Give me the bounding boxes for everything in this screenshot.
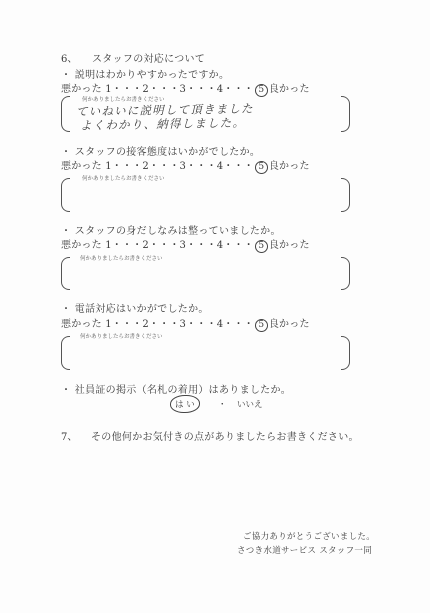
rating-selected-circle[interactable]: 5 bbox=[255, 240, 268, 253]
rating-low-label: 悪かった bbox=[61, 240, 102, 251]
rating-scale: 1・・・2・・・3・・・4・・・ bbox=[105, 319, 254, 330]
choice-no[interactable]: いいえ bbox=[237, 398, 263, 410]
question-id-badge: ・ 社員証の掲示（名札の着用）はありましたか。 bbox=[61, 381, 291, 396]
rating-selected-circle[interactable]: 5 bbox=[255, 161, 268, 174]
rating-low-label: 悪かった bbox=[61, 84, 102, 95]
rating-row-phone-response: 悪かった 1・・・2・・・3・・・4・・・5良かった bbox=[61, 315, 310, 332]
rating-high-label: 良かった bbox=[269, 240, 310, 251]
rating-low-label: 悪かった bbox=[61, 319, 102, 330]
handwritten-comment-line-2[interactable]: よくわかり、納得しました。 bbox=[80, 115, 245, 134]
thanks-message: ご協力ありがとうございました。 bbox=[243, 530, 375, 542]
comment-bracket-left bbox=[61, 96, 70, 132]
question-appearance: ・ スタッフの身だしなみは整っていましたか。 bbox=[61, 222, 281, 237]
section-6-title: スタッフの対応について bbox=[92, 50, 205, 65]
rating-row-customer-service: 悪かった 1・・・2・・・3・・・4・・・5良かった bbox=[61, 157, 310, 174]
comment-bracket-left bbox=[61, 257, 70, 290]
comment-hint: 何かありましたらお書きください bbox=[80, 332, 163, 340]
rating-row-appearance: 悪かった 1・・・2・・・3・・・4・・・5良かった bbox=[61, 236, 310, 253]
rating-high-label: 良かった bbox=[269, 84, 310, 95]
rating-scale: 1・・・2・・・3・・・4・・・ bbox=[105, 84, 254, 95]
rating-high-label: 良かった bbox=[269, 319, 310, 330]
rating-selected-circle[interactable]: 5 bbox=[255, 84, 268, 97]
rating-scale: 1・・・2・・・3・・・4・・・ bbox=[105, 161, 254, 172]
rating-high-label: 良かった bbox=[269, 161, 310, 172]
comment-bracket-left bbox=[61, 178, 70, 212]
comment-bracket-left bbox=[61, 336, 70, 370]
question-customer-service: ・ スタッフの接客態度はいかがでしたか。 bbox=[61, 143, 260, 158]
section-7-number: 7、 bbox=[61, 428, 77, 443]
comment-bracket-right bbox=[341, 178, 350, 212]
question-phone-response: ・ 電話対応はいかがでしたか。 bbox=[61, 300, 209, 315]
choice-yes[interactable]: は い bbox=[175, 398, 195, 410]
rating-low-label: 悪かった bbox=[61, 161, 102, 172]
comment-bracket-right bbox=[341, 336, 350, 370]
signature: さつき水道サービス スタッフ一同 bbox=[237, 544, 372, 556]
comment-bracket-right bbox=[341, 96, 350, 132]
comment-hint: 何かありましたらお書きください bbox=[80, 254, 163, 262]
rating-scale: 1・・・2・・・3・・・4・・・ bbox=[105, 240, 254, 251]
question-explanation: ・ 説明はわかりやすかったですか。 bbox=[61, 66, 229, 81]
section-7-title: その他何かお気付きの点がありましたらお書きください。 bbox=[91, 428, 359, 443]
comment-hint: 何かありましたらお書きください bbox=[82, 174, 165, 182]
rating-selected-circle[interactable]: 5 bbox=[255, 319, 268, 332]
choice-separator: ・ bbox=[218, 398, 227, 410]
comment-bracket-right bbox=[341, 257, 350, 290]
section-6-number: 6、 bbox=[61, 50, 77, 65]
